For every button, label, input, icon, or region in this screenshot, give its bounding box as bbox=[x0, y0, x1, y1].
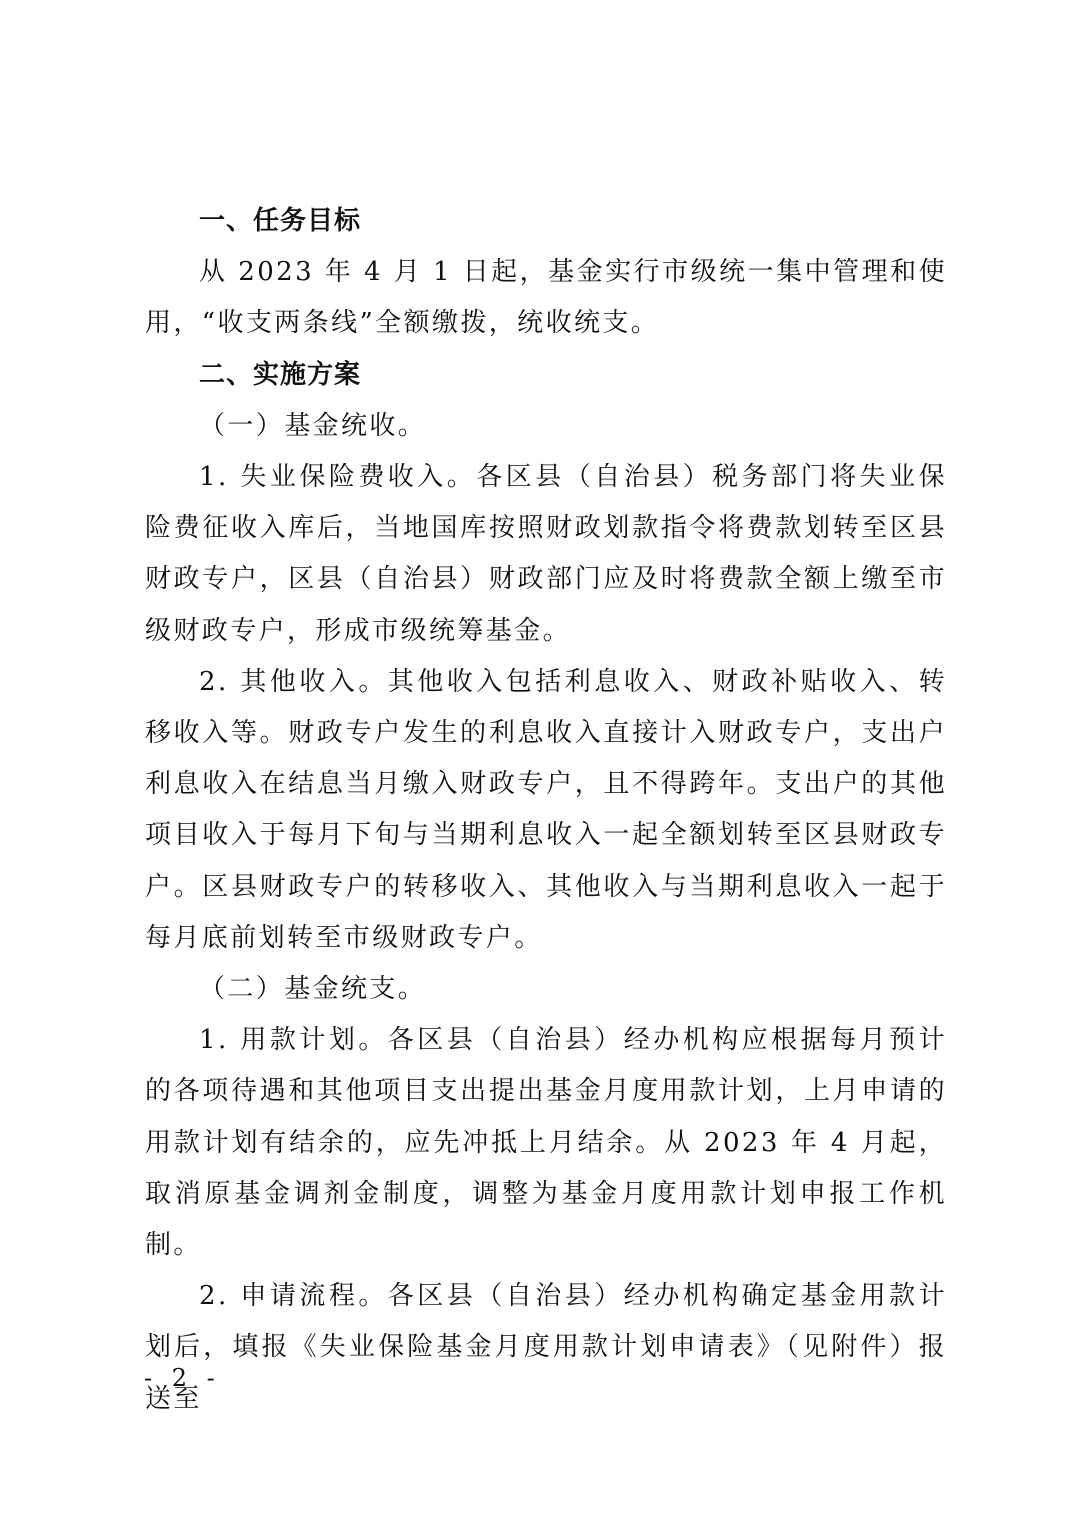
paragraph-application-process: 2. 申请流程。各区县（自治县）经办机构确定基金用款计划后，填报《失业保险基金月… bbox=[145, 1271, 947, 1425]
paragraph-unemployment-insurance-income: 1. 失业保险费收入。各区县（自治县）税务部门将失业保险费征收入库后，当地国库按… bbox=[145, 452, 947, 657]
paragraph-fund-usage-plan: 1. 用款计划。各区县（自治县）经办机构应根据每月预计的各项待遇和其他项目支出提… bbox=[145, 1015, 947, 1271]
subsection-title-fund-collection: （一）基金统收。 bbox=[145, 401, 947, 452]
paragraph-other-income: 2. 其他收入。其他收入包括利息收入、财政补贴收入、转移收入等。财政专户发生的利… bbox=[145, 657, 947, 964]
page-number: - 2 - bbox=[144, 1364, 221, 1392]
paragraph-task-goal: 从 2023 年 4 月 1 日起，基金实行市级统一集中管理和使用，“收支两条线… bbox=[145, 247, 947, 349]
document-page: 一、任务目标 从 2023 年 4 月 1 日起，基金实行市级统一集中管理和使用… bbox=[145, 196, 947, 1425]
section-heading-task-goal: 一、任务目标 bbox=[145, 196, 947, 247]
section-heading-implementation-plan: 二、实施方案 bbox=[145, 350, 947, 401]
subsection-title-fund-expenditure: （二）基金统支。 bbox=[145, 964, 947, 1015]
